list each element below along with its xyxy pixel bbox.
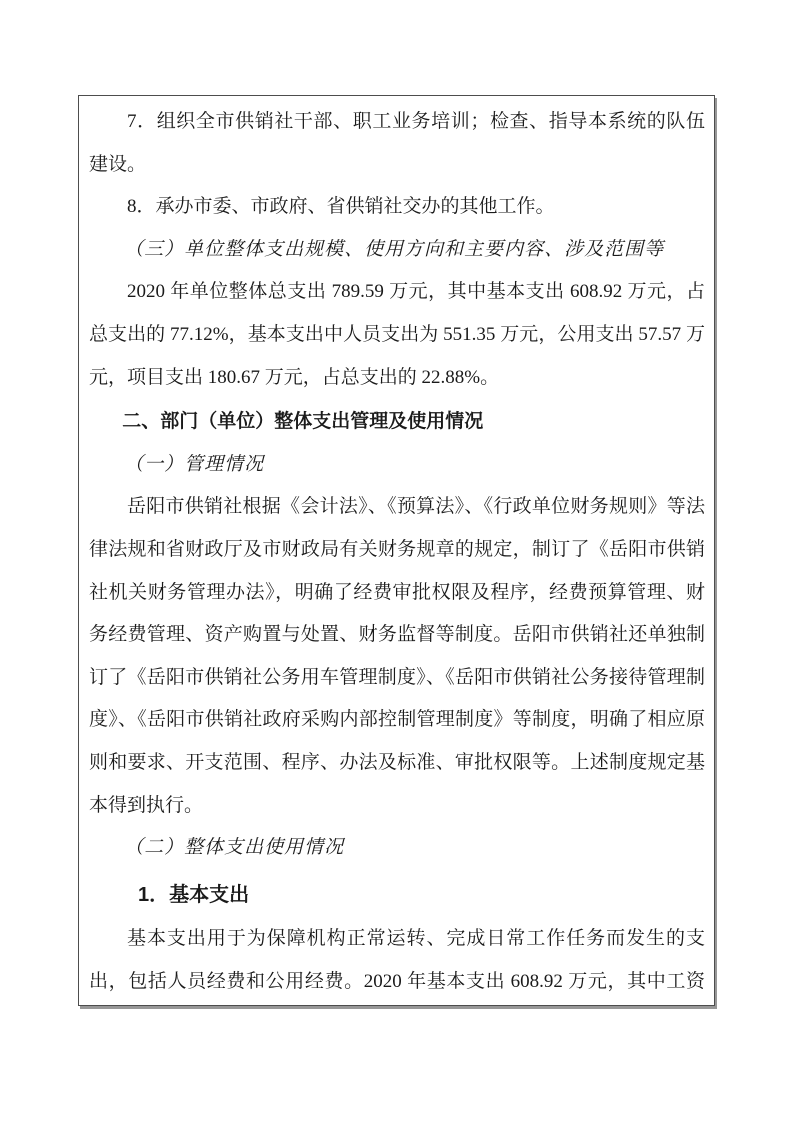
content-border-box: 7．组织全市供销社干部、职工业务培训；检查、指导本系统的队伍建设。8．承办市委、… — [78, 95, 715, 1006]
paragraph: 7．组织全市供销社干部、职工业务培训；检查、指导本系统的队伍建设。 — [89, 101, 705, 186]
section-heading: 二、部门（单位）整体支出管理及使用情况 — [89, 401, 705, 444]
section-heading: 1．基本支出 — [89, 874, 705, 917]
page: 7．组织全市供销社干部、职工业务培训；检查、指导本系统的队伍建设。8．承办市委、… — [0, 0, 793, 1122]
document-body: 7．组织全市供销社干部、职工业务培训；检查、指导本系统的队伍建设。8．承办市委、… — [89, 101, 705, 1006]
paragraph: 2020 年单位整体总支出 789.59 万元，其中基本支出 608.92 万元… — [89, 271, 705, 399]
paragraph: 岳阳市供销社根据《会计法》、《预算法》、《行政单位财务规则》等法律法规和省财政厅… — [89, 486, 705, 827]
section-heading: （一）管理情况 — [89, 444, 705, 487]
section-heading: （二）整体支出使用情况 — [89, 827, 705, 870]
paragraph: 8．承办市委、市政府、省供销社交办的其他工作。 — [89, 186, 705, 229]
paragraph: 基本支出用于为保障机构正常运转、完成日常工作任务而发生的支出，包括人员经费和公用… — [89, 918, 705, 1006]
section-heading: （三）单位整体支出规模、使用方向和主要内容、涉及范围等 — [89, 229, 705, 272]
